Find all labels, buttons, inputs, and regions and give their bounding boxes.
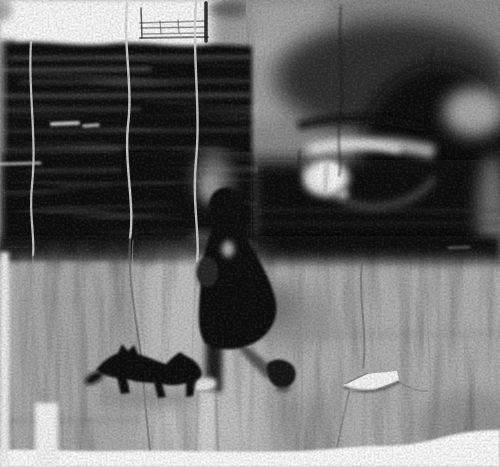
photograph bbox=[0, 0, 500, 467]
film-grain-overlay bbox=[0, 0, 500, 467]
etching-canvas bbox=[0, 0, 500, 467]
